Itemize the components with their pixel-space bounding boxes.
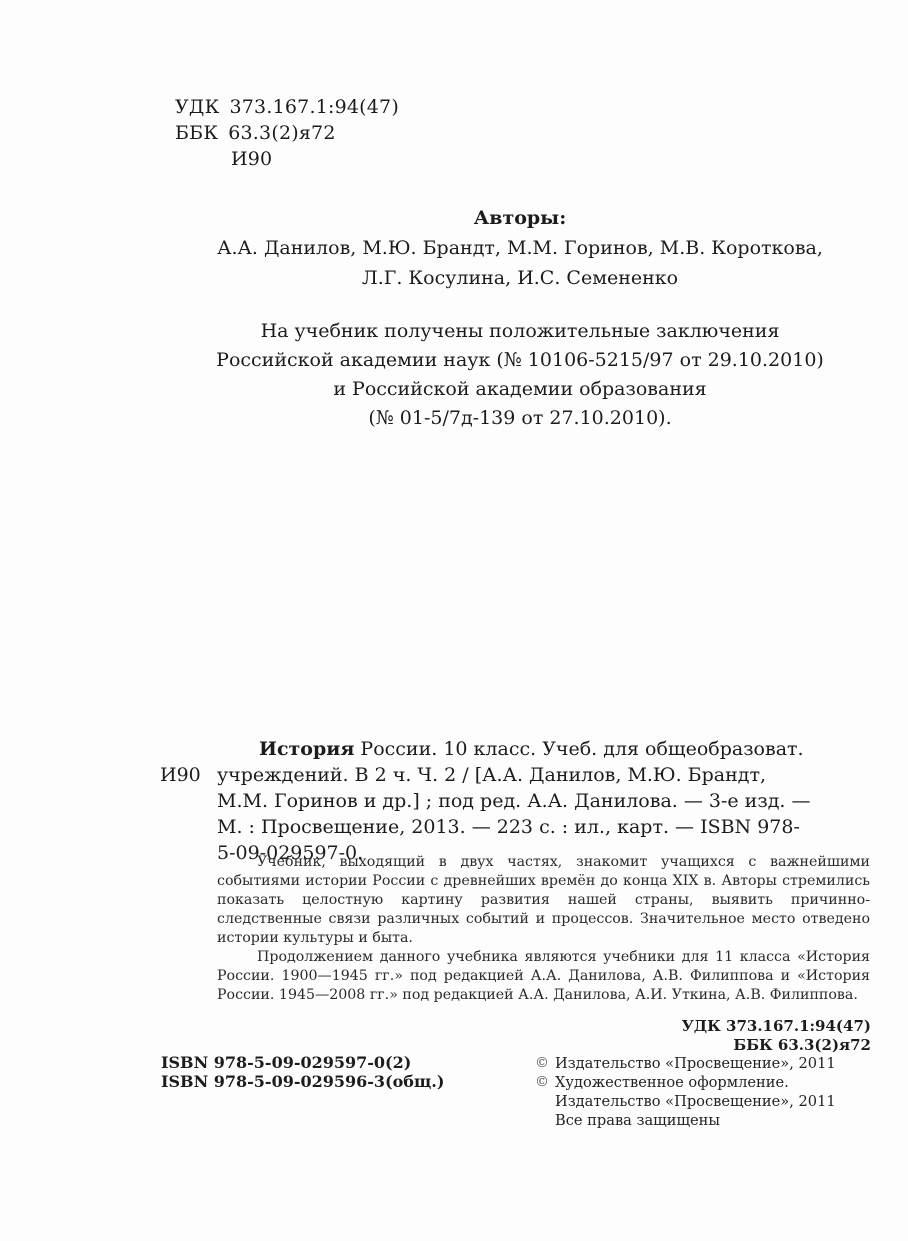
copyright-design-publisher: Издательство «Просвещение», 2011 bbox=[535, 1092, 836, 1111]
bbk-bottom: ББК 63.3(2)я72 bbox=[679, 1036, 871, 1055]
copyright-publisher: © Издательство «Просвещение», 2011 bbox=[535, 1054, 836, 1073]
bbk-value: 63.3(2)я72 bbox=[228, 122, 335, 144]
isbn-block: ISBN 978-5-09-029597-0(2) ISBN 978-5-09-… bbox=[161, 1053, 444, 1091]
review-line: и Российской академии образования bbox=[160, 375, 880, 404]
biblio-author-code: И90 bbox=[160, 762, 201, 788]
biblio-line: учреждений. В 2 ч. Ч. 2 / [А.А. Данилов,… bbox=[217, 762, 872, 788]
reviews-block: На учебник получены положительные заключ… bbox=[160, 317, 880, 433]
bibliographic-record: И90 История России. 10 класс. Учеб. для … bbox=[160, 736, 872, 866]
bbk-row: ББК63.3(2)я72 bbox=[175, 120, 399, 146]
biblio-title-word: История bbox=[259, 738, 354, 760]
copyright-design: © Художественное оформление. bbox=[535, 1073, 836, 1092]
review-line: (№ 01-5/7д-139 от 27.10.2010). bbox=[160, 404, 880, 433]
review-line: На учебник получены положительные заключ… bbox=[160, 317, 880, 346]
authors-title: Авторы: bbox=[160, 203, 880, 233]
udc-value: 373.167.1:94(47) bbox=[229, 96, 398, 118]
classification-bottom: УДК 373.167.1:94(47) ББК 63.3(2)я72 bbox=[679, 1017, 871, 1055]
udc-label: УДК bbox=[175, 94, 219, 120]
review-line: Российской академии наук (№ 10106-5215/9… bbox=[160, 346, 880, 375]
biblio-line: М. : Просвещение, 2013. — 223 с. : ил., … bbox=[217, 814, 872, 840]
copyright-icon: © bbox=[535, 1073, 549, 1092]
copyright-block: © Издательство «Просвещение», 2011 © Худ… bbox=[535, 1054, 836, 1130]
copyright-rights: Все права защищены bbox=[535, 1111, 836, 1130]
isbn-part: ISBN 978-5-09-029597-0(2) bbox=[161, 1053, 444, 1072]
authors-block: Авторы: А.А. Данилов, М.Ю. Брандт, М.М. … bbox=[160, 203, 880, 293]
authors-line: Л.Г. Косулина, И.С. Семененко bbox=[160, 263, 880, 293]
biblio-line: История России. 10 класс. Учеб. для обще… bbox=[217, 736, 872, 762]
copyright-icon: © bbox=[535, 1054, 549, 1073]
udc-row: УДК373.167.1:94(47) bbox=[175, 94, 399, 120]
author-code: И90 bbox=[175, 146, 399, 172]
isbn-general: ISBN 978-5-09-029596-3(общ.) bbox=[161, 1072, 444, 1091]
bbk-label: ББК bbox=[175, 120, 218, 146]
annotation-paragraph: Продолжением данного учебника являются у… bbox=[217, 948, 870, 1005]
biblio-text: История России. 10 класс. Учеб. для обще… bbox=[217, 736, 872, 866]
udc-bottom: УДК 373.167.1:94(47) bbox=[679, 1017, 871, 1036]
annotation-paragraph: Учебник, выходящий в двух частях, знаком… bbox=[217, 853, 870, 948]
classification-top: УДК373.167.1:94(47) ББК63.3(2)я72 И90 bbox=[175, 94, 399, 172]
authors-line: А.А. Данилов, М.Ю. Брандт, М.М. Горинов,… bbox=[160, 233, 880, 263]
biblio-line: М.М. Горинов и др.] ; под ред. А.А. Дани… bbox=[217, 788, 872, 814]
annotation: Учебник, выходящий в двух частях, знаком… bbox=[217, 853, 870, 1005]
